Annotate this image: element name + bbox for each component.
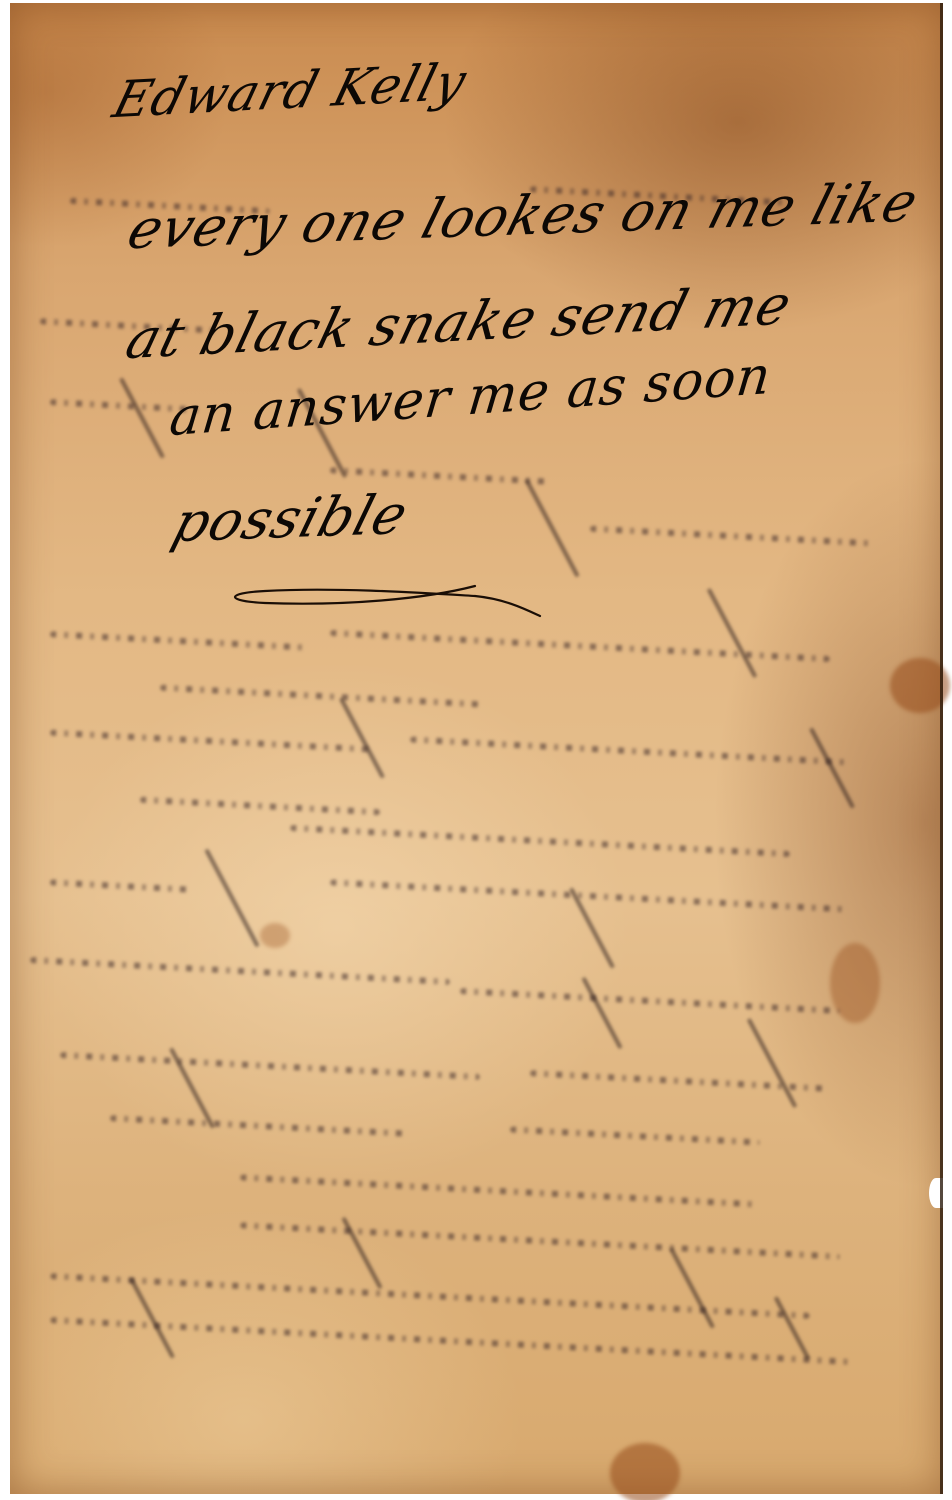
flourish-underline (225, 581, 545, 621)
stain-right-upper (890, 658, 950, 713)
stain-left-mid (260, 923, 290, 948)
signature-edward-kelly: Edward Kelly (107, 52, 473, 129)
handwritten-line-4: possible (166, 483, 416, 555)
paper-sheet: Edward Kelly every one lookes on me like… (10, 3, 943, 1494)
stain-bottom (610, 1443, 680, 1500)
handwritten-line-1: every one lookes on me like (121, 170, 926, 261)
stain-right-lower (830, 943, 880, 1023)
torn-edge-notch (929, 1178, 943, 1208)
